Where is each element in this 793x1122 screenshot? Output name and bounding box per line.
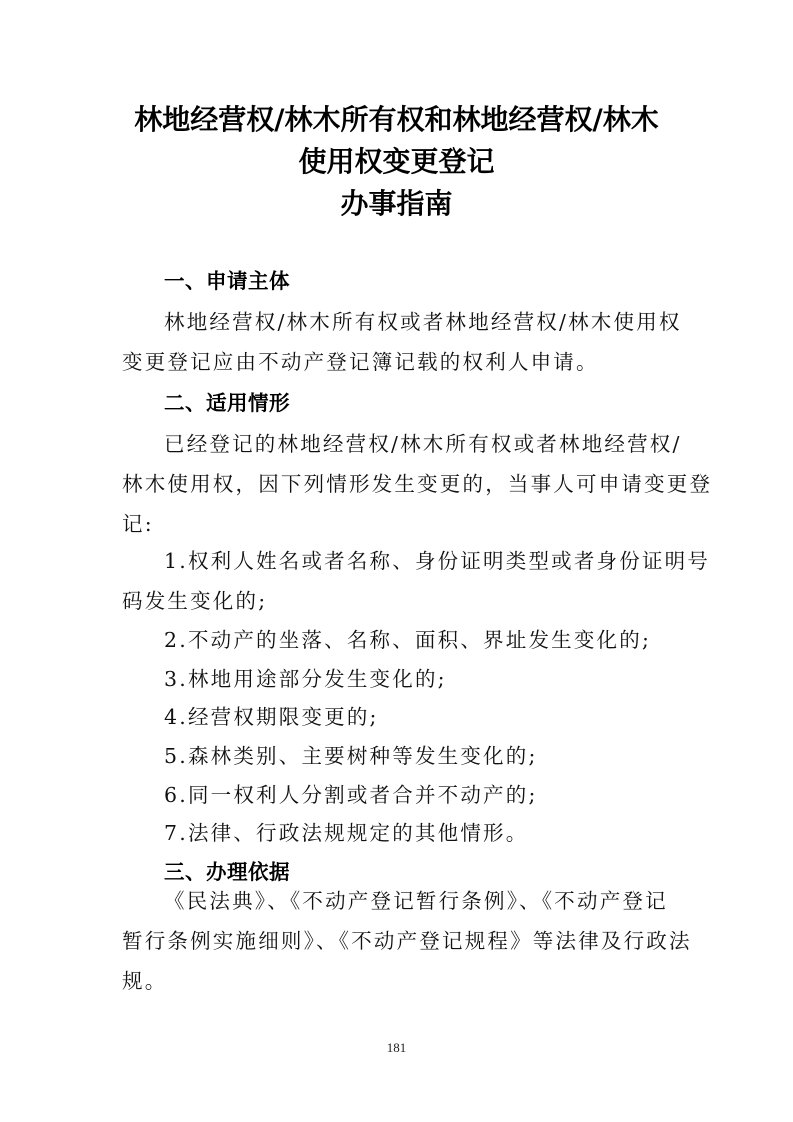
list-item-5: 5.森林类别、主要树种等发生变化的; bbox=[164, 741, 724, 771]
list-item-3: 3.林地用途部分发生变化的; bbox=[164, 664, 724, 694]
document-title-line-2: 使用权变更登记 bbox=[0, 142, 793, 182]
section-heading-legal-basis: 三、办理依据 bbox=[164, 857, 290, 887]
paragraph-line: 林木使用权，因下列情形发生变更的，当事人可申请变更登 bbox=[122, 469, 682, 499]
list-item-6: 6.同一权利人分割或者合并不动产的; bbox=[164, 780, 724, 810]
document-title-line-1: 林地经营权/林木所有权和林地经营权/林木 bbox=[0, 100, 793, 140]
paragraph-line: 林地经营权/林木所有权或者林地经营权/林木使用权 bbox=[164, 307, 724, 337]
paragraph-line: 规。 bbox=[122, 966, 682, 996]
section-heading-applicant: 一、申请主体 bbox=[164, 266, 290, 296]
document-page: 林地经营权/林木所有权和林地经营权/林木 使用权变更登记 办事指南 一、申请主体… bbox=[0, 0, 793, 1122]
list-item-2: 2.不动产的坐落、名称、面积、界址发生变化的; bbox=[164, 625, 724, 655]
paragraph-line: 暂行条例实施细则》、《不动产登记规程》等法律及行政法 bbox=[122, 926, 682, 956]
section-heading-applicable-cases: 二、适用情形 bbox=[164, 388, 290, 418]
list-item-1-continued: 码发生变化的; bbox=[122, 586, 682, 616]
paragraph-line: 变更登记应由不动产登记簿记载的权利人申请。 bbox=[122, 347, 682, 377]
paragraph-line: 已经登记的林地经营权/林木所有权或者林地经营权/ bbox=[164, 429, 724, 459]
page-number: 181 bbox=[0, 1040, 793, 1056]
document-title-line-3: 办事指南 bbox=[0, 184, 793, 224]
list-item-1: 1.权利人姓名或者名称、身份证明类型或者身份证明号 bbox=[164, 546, 724, 576]
paragraph-line: 记: bbox=[122, 509, 682, 539]
list-item-7: 7.法律、行政法规规定的其他情形。 bbox=[164, 818, 724, 848]
paragraph-line: 《民法典》、《不动产登记暂行条例》、《不动产登记 bbox=[164, 886, 724, 916]
list-item-4: 4.经营权期限变更的; bbox=[164, 702, 724, 732]
